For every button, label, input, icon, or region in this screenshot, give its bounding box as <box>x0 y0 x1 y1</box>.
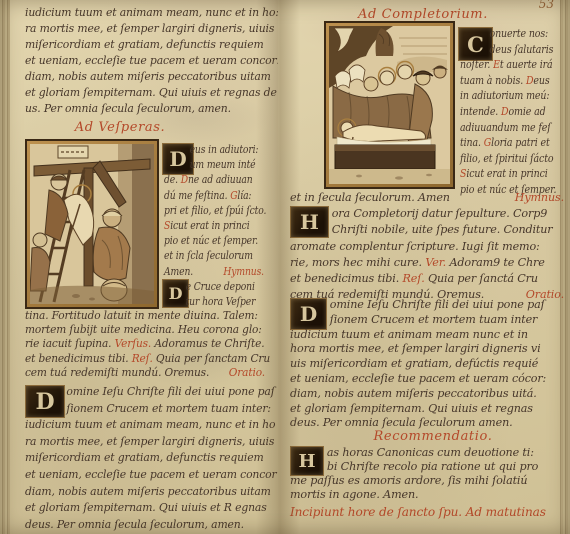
text-line: cem tuá redemiſti mundú. Oremus. Oratio. <box>25 365 265 379</box>
text-line: deus ſalutaris <box>460 42 540 58</box>
text-line: eus in adiutori: <box>164 142 244 157</box>
text-line: et benedicimus tibi. Reſ. Quia per ſanct… <box>25 351 246 365</box>
text-line: pri et filio, et ſpúi ſcto. <box>164 203 244 218</box>
manuscript-spread: iudicium tuum et animam meam, nunc et in… <box>0 0 570 534</box>
text-line: ora Completorij datur ſepulture. Corp9 <box>290 205 556 221</box>
text-line: Sicut erat in princi <box>460 166 540 182</box>
text-line: Sicut erat in princi <box>164 218 244 233</box>
text-line: tur hora Veſper <box>164 294 244 309</box>
text-line: miſericordiam et gratiam, defunctis requ… <box>25 36 251 52</box>
text-line: deus. Per omnia ſecula ſeculorum amen. <box>290 415 556 430</box>
text-line: diam, nobis autem miſeris peccatoribus u… <box>25 483 251 500</box>
text-line: miſericordiam et gratiam, defunctis requ… <box>25 449 251 466</box>
text-line: filio, et ſpiritui ſácto <box>460 151 540 167</box>
text-line: pio et núc et ſemper. <box>164 233 244 248</box>
text-line: aromate complentur ſcripture. Iugi ſit m… <box>290 238 556 254</box>
text-line: tina. Fortitudo latuit in mente diuina. … <box>25 308 246 322</box>
text-line: et ueniam, eccleſie tue pacem et ueram c… <box>25 52 251 68</box>
incipit-rubric-line: Incipiunt hore de ſancto ſpu. Ad matutin… <box>290 504 564 520</box>
text-line: rie, mors hec mihi cure. Ver. Adoram9 te… <box>290 254 556 270</box>
right-hymn-paragraph: et in ſecula ſeculorum. AmenHymnus.ora C… <box>290 189 564 302</box>
text-line: deus. Per omnia ſecula ſeculorum, amen. <box>25 516 251 533</box>
text-line: um meum inté <box>164 157 244 172</box>
text-line: e Cruce deponi <box>164 279 244 294</box>
text-line: et gloriam ſempiternam. Qui uiuis et reg… <box>25 84 251 100</box>
text-line: omine Ieſu Chriſte fili dei uiui pone pa… <box>290 297 556 312</box>
text-line: et benedicimus tibi. Reſ. Quia per ſanct… <box>290 270 556 286</box>
text-line: onuerte nos: <box>460 26 540 42</box>
text-line: ſionem Crucem et mortem tuam inter: <box>25 400 251 417</box>
text-line: ſionem Crucem et mortem tuam inter <box>290 312 556 327</box>
left-side-column: eus in adiutori:um meum intéde. Dne ad a… <box>164 142 264 309</box>
deposition-scene-illustration <box>30 144 154 304</box>
text-line: intende. Domie ad <box>460 104 540 120</box>
text-line: mortem ſubijt uite medicina. Heu corona … <box>25 322 246 336</box>
text-line: iudicium tuum et animam meam, nunc et in… <box>25 416 251 433</box>
text-line: omine Ieſu Chriſte fili dei uiui pone pa… <box>25 383 251 400</box>
text-line: ra mortis mee, et ſemper largiri digneri… <box>25 433 251 450</box>
text-line: uis miſericordiam et gratiam, defúctis r… <box>290 356 556 371</box>
compline-heading: Ad Completorium. <box>308 7 538 22</box>
text-line: me paſſus es amoris ardore, ſis mihi ſol… <box>290 473 556 487</box>
text-line: tina. Gloria patri et <box>460 135 540 151</box>
text-line: tuam à nobis. Deus <box>460 73 540 89</box>
left-oratio-paragraph: omine Ieſu Chriſte fili dei uiui pone pa… <box>25 383 265 532</box>
left-hymn-paragraph: tina. Fortitudo latuit in mente diuina. … <box>25 308 265 379</box>
text-line: et ueniam, eccleſie tue pacem et ueram c… <box>25 466 251 483</box>
text-line: et in ſcla ſeculorum <box>164 248 244 263</box>
entombment-scene-illustration <box>329 26 450 184</box>
text-line: et ueniam, eccleſie tue pacem et ueram c… <box>290 371 556 386</box>
folio-number: 53 <box>539 0 554 11</box>
entombment-woodcut <box>325 22 454 188</box>
text-line: iudicium tuum et animam meam, nunc et in… <box>25 4 251 20</box>
text-line: hora mortis mee, et ſemper largiri digne… <box>290 341 556 356</box>
text-line: diam, nobis autem miſeris peccatoribus u… <box>290 386 556 401</box>
text-line: noſter. Et auerte irá <box>460 57 540 73</box>
right-side-column: onuerte nos:deus ſalutarisnoſter. Et aue… <box>460 26 558 198</box>
recommendatio-heading: Recommendatio. <box>308 429 558 444</box>
text-line: Amen. Hymnus. <box>164 264 264 279</box>
text-line: adiuuandum me feſ <box>460 120 540 136</box>
text-line: et in ſecula ſeculorum. AmenHymnus. <box>290 189 564 205</box>
text-line: et gloriam ſempiternam. Qui uiuis et reg… <box>290 401 556 416</box>
text-line: rie iacuit ſupina. Verſus. Adoramus te C… <box>25 336 246 350</box>
text-line: de. Dne ad adiuuan <box>164 172 244 187</box>
left-page: iudicium tuum et animam meam, nunc et in… <box>10 0 278 534</box>
text-line: as horas Canonicas cum deuotione ti: <box>290 445 556 459</box>
text-line: dú me feſtina. Glía: <box>164 188 244 203</box>
text-line: ra mortis mee, et ſemper largiri digneri… <box>25 20 251 36</box>
text-line: diam, nobis autem miſeris peccatoribus u… <box>25 68 251 84</box>
deposition-woodcut <box>26 140 158 308</box>
text-line: Incipiunt hore de ſancto ſpu. Ad matutin… <box>290 504 556 520</box>
vespers-heading: Ad Veſperas. <box>25 120 215 135</box>
text-line: iudicium tuum et animam meam nunc et in <box>290 327 556 342</box>
text-line: us. Per omnia ſecula ſeculorum, amen. <box>25 100 251 116</box>
text-line: in adiutorium meú: <box>460 88 540 104</box>
right-page: 53 Ad Completorium. <box>278 0 560 534</box>
recommendatio-paragraph: as horas Canonicas cum deuotione ti:bi C… <box>290 445 564 501</box>
text-line: Chriſti nobile, uite ſpes future. Condit… <box>290 221 556 237</box>
text-line: et gloriam ſempiternam. Qui uiuis et R e… <box>25 499 251 516</box>
text-line: bi Chriſte recolo pia ratione ut qui pro <box>290 459 556 473</box>
right-oratio-paragraph: omine Ieſu Chriſte fili dei uiui pone pa… <box>290 297 564 430</box>
text-line: mortis in agone. Amen. <box>290 487 556 501</box>
left-top-paragraph: iudicium tuum et animam meam, nunc et in… <box>25 4 265 116</box>
